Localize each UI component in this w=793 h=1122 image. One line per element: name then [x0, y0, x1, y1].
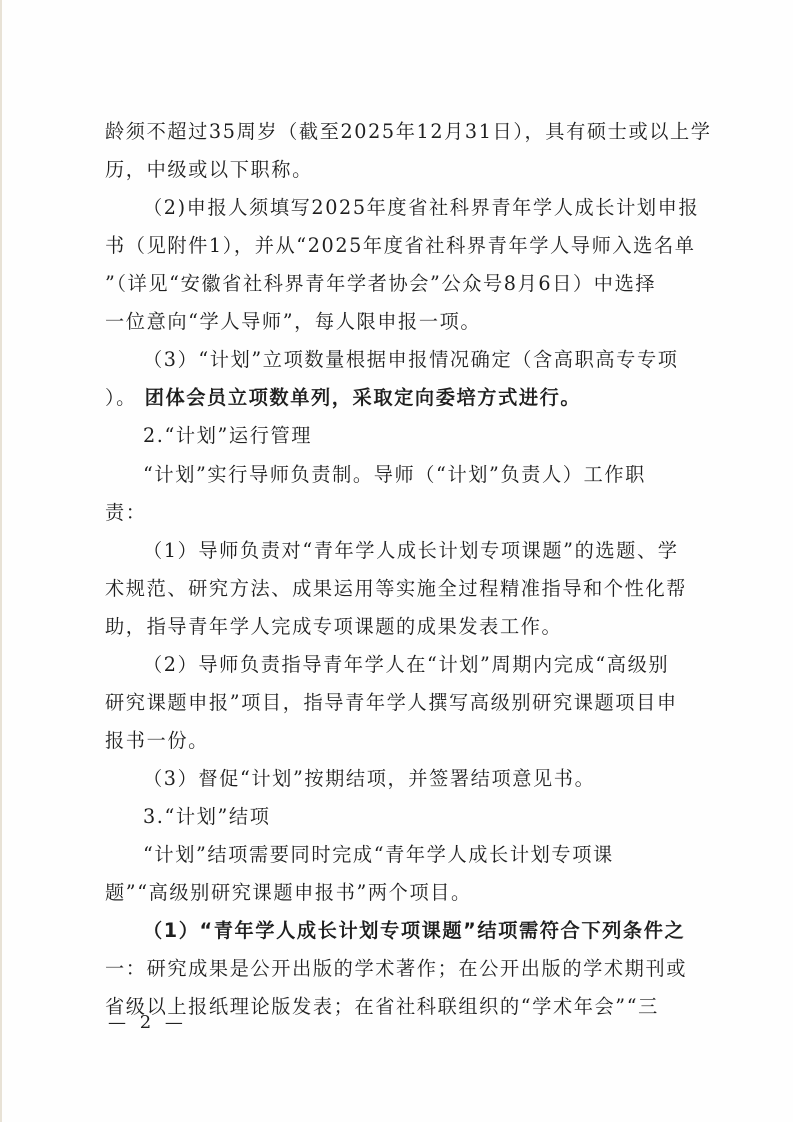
- document-page: 龄须不超过35周岁（截至2025年12月31日），具有硕士或以上学 历，中级或以…: [0, 0, 793, 1122]
- text-line: “计划”结项需要同时完成“青年学人成长计划专项课: [143, 836, 701, 874]
- text-line: ”（详见“安徽省社科界青年学者协会”公众号8月6日）中选择: [105, 265, 701, 303]
- scan-edge: [0, 0, 2, 1122]
- text-line: “计划”实行导师负责制。导师（“计划”负责人）工作职: [143, 456, 701, 494]
- text-line: 报书一份。: [105, 722, 701, 760]
- text-line: （2)申报人须填写2025年度省社科界青年学人成长计划申报: [143, 189, 701, 227]
- text-line: 历，中级或以下职称。: [105, 151, 701, 189]
- text-line: （1）导师负责对“青年学人成长计划专项课题”的选题、学: [143, 532, 701, 570]
- text-line: （3）督促“计划”按期结项，并签署结项意见书。: [143, 760, 701, 798]
- text-line: 术规范、研究方法、成果运用等实施全过程精准指导和个性化帮: [105, 570, 701, 608]
- bold-text: 团体会员立项数单列，采取定向委培方式进行。: [145, 386, 582, 409]
- text-line: 一位意向“学人导师”，每人限申报一项。: [105, 303, 701, 341]
- text-line: 研究课题申报”项目，指导青年学人撰写高级别研究课题项目申: [105, 684, 701, 722]
- text-line: 一：研究成果是公开出版的学术著作；在公开出版的学术期刊或: [105, 950, 701, 988]
- section-heading: 2.“计划”运行管理: [143, 417, 701, 455]
- section-heading: 3.“计划”结项: [143, 798, 701, 836]
- text-line: ）。: [105, 386, 137, 409]
- text-line: 书（见附件1），并从“2025年度省社科界青年学人导师入选名单: [105, 227, 701, 265]
- text-line: 龄须不超过35周岁（截至2025年12月31日），具有硕士或以上学: [105, 113, 701, 151]
- text-line: （3）“计划”立项数量根据申报情况确定（含高职高专专项: [143, 341, 701, 379]
- bold-text-line: （1）“青年学人成长计划专项课题”结项需符合下列条件之: [143, 912, 701, 950]
- page-number: — 2 —: [108, 1012, 187, 1033]
- text-line: （2）导师负责指导青年学人在“计划”周期内完成“高级别: [143, 646, 701, 684]
- text-line: 题”“高级别研究课题申报书”两个项目。: [105, 874, 701, 912]
- text-line: 助，指导青年学人完成专项课题的成果发表工作。: [105, 608, 701, 646]
- text-line: 省级以上报纸理论版发表；在省社科联组织的“学术年会”“三: [105, 988, 701, 1026]
- text-line-partial-bold: ）。 团体会员立项数单列，采取定向委培方式进行。: [105, 379, 701, 417]
- text-line: 责：: [105, 494, 701, 532]
